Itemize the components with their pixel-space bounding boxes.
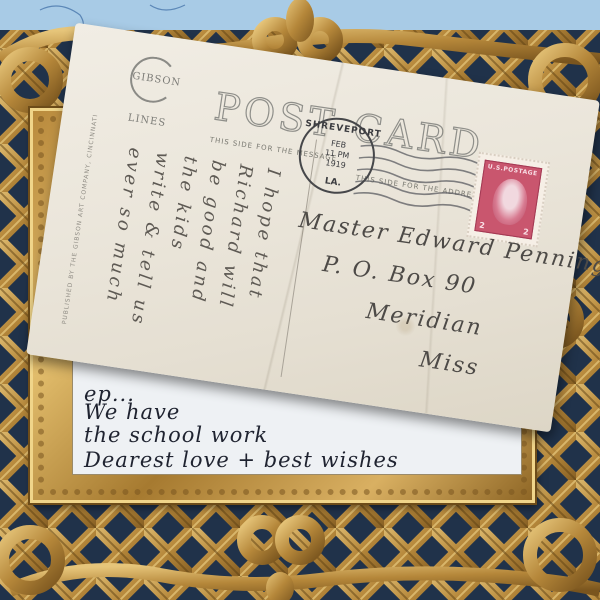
washington-portrait-icon xyxy=(490,177,530,228)
photo-scene: ep... We have the school work Dearest lo… xyxy=(0,0,600,600)
letter-line: the school work xyxy=(84,423,268,447)
letter-line: Dearest love + best wishes xyxy=(84,448,399,472)
address-line: Miss xyxy=(418,347,481,381)
address-line: P. O. Box 90 xyxy=(321,252,479,300)
stamp-label: U.S.POSTAGE xyxy=(484,163,540,178)
stamp-value-right: 2 xyxy=(522,227,529,237)
gibson-logo-icon: GIBSON LINES xyxy=(127,54,179,106)
address-line: Meridian xyxy=(364,299,484,341)
publisher-imprint: PUBLISHED BY THE GIBSON ART COMPANY, CIN… xyxy=(61,113,99,324)
stamp-value-left: 2 xyxy=(479,221,486,231)
postage-stamp: U.S.POSTAGE 2 2 xyxy=(466,152,550,248)
letter-line: We have xyxy=(84,400,180,424)
